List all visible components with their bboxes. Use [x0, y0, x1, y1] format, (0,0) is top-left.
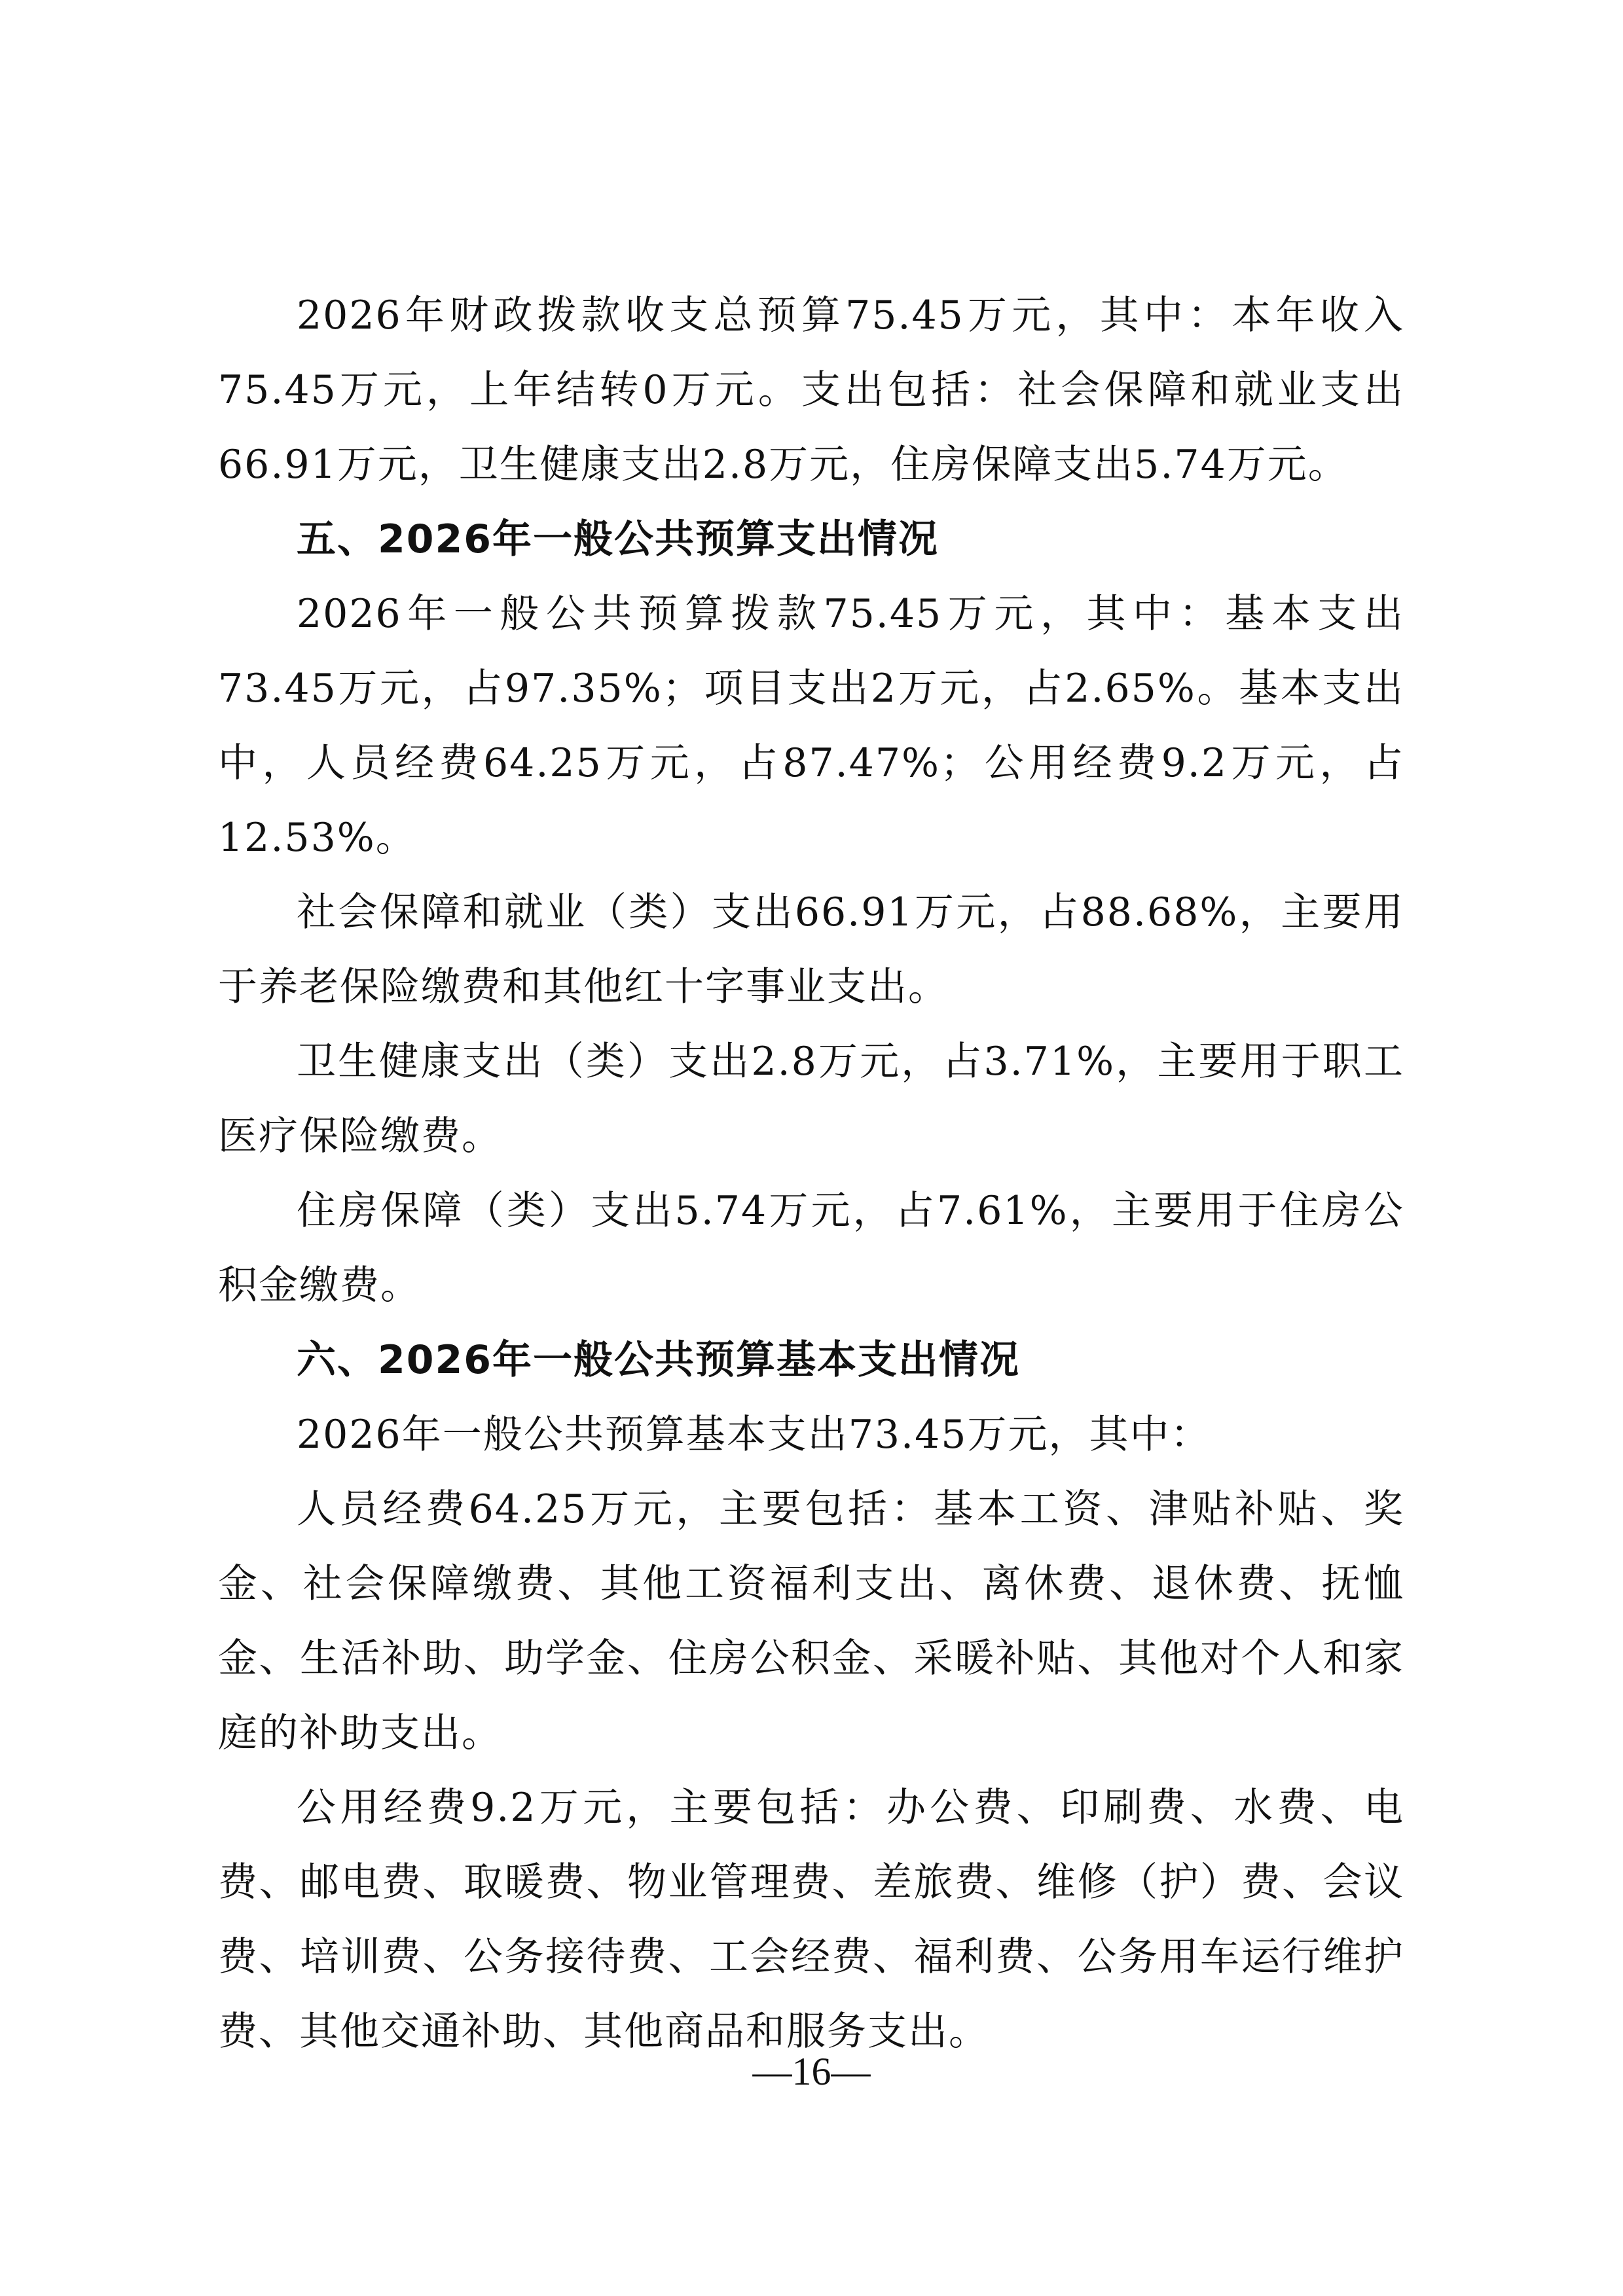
paragraph-health: 卫生健康支出（类）支出2.8万元，占3.71%，主要用于职工医疗保险缴费。: [218, 1024, 1404, 1174]
paragraph-personnel-costs: 人员经费64.25万元，主要包括：基本工资、津贴补贴、奖金、社会保障缴费、其他工…: [218, 1472, 1404, 1770]
paragraph-basic-expenditure: 2026年一般公共预算基本支出73.45万元，其中：: [218, 1397, 1404, 1472]
paragraph-housing: 住房保障（类）支出5.74万元，占7.61%，主要用于住房公积金缴费。: [218, 1174, 1404, 1323]
paragraph-social-security: 社会保障和就业（类）支出66.91万元，占88.68%，主要用于养老保险缴费和其…: [218, 875, 1404, 1024]
heading-section-5: 五、2026年一般公共预算支出情况: [218, 502, 1404, 577]
page-number: —16—: [0, 2045, 1623, 2098]
heading-section-6: 六、2026年一般公共预算基本支出情况: [218, 1323, 1404, 1397]
paragraph-budget-total: 2026年财政拨款收支总预算75.45万元，其中：本年收入75.45万元，上年结…: [218, 278, 1404, 502]
document-body: 2026年财政拨款收支总预算75.45万元，其中：本年收入75.45万元，上年结…: [218, 278, 1404, 2069]
document-page: 2026年财政拨款收支总预算75.45万元，其中：本年收入75.45万元，上年结…: [0, 0, 1623, 2296]
paragraph-general-budget: 2026年一般公共预算拨款75.45万元，其中：基本支出73.45万元，占97.…: [218, 577, 1404, 875]
paragraph-public-costs: 公用经费9.2万元，主要包括：办公费、印刷费、水费、电费、邮电费、取暖费、物业管…: [218, 1770, 1404, 2069]
